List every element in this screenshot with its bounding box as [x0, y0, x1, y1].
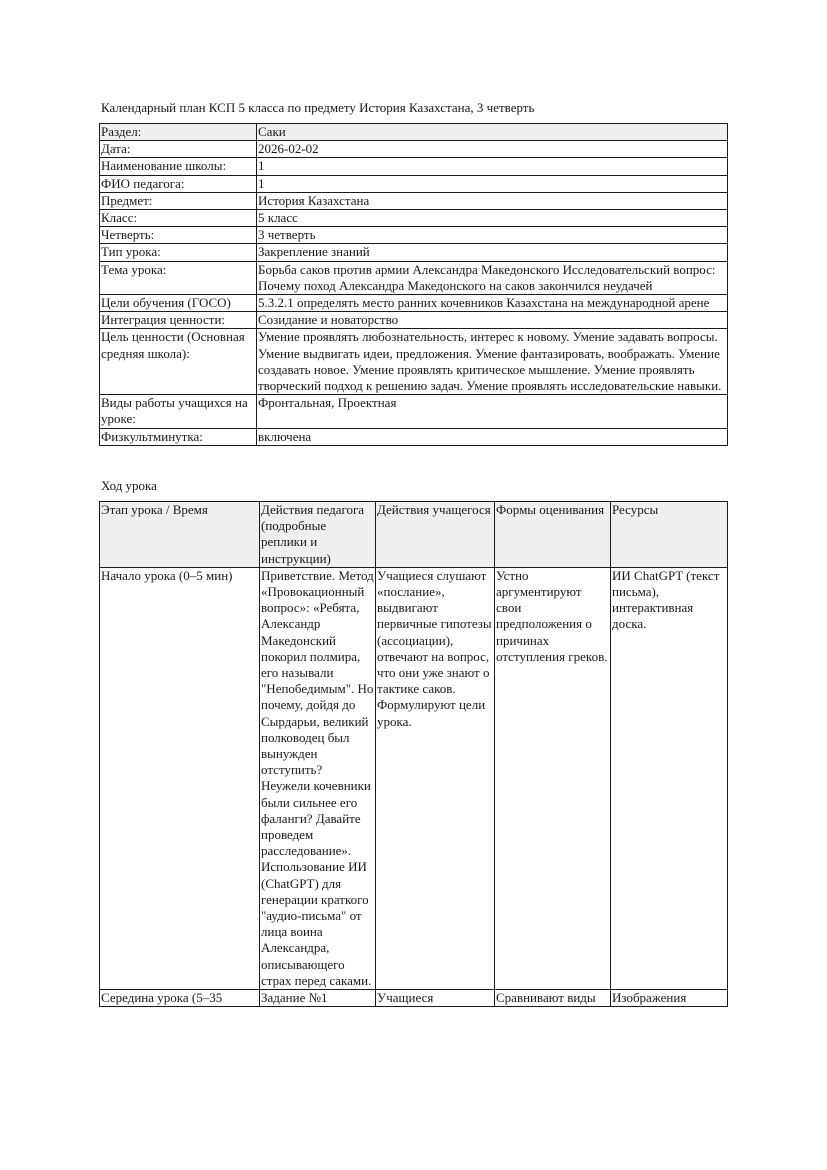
- info-label: Наименование школы:: [100, 158, 257, 175]
- teacher-actions-cell: Задание №1: [260, 990, 376, 1007]
- info-value: Закрепление знаний: [257, 244, 728, 261]
- student-actions-cell: Учащиеся слушают «послание», выдвигают п…: [376, 567, 495, 989]
- info-row-value-goal: Цель ценности (Основная средняя школа): …: [100, 329, 728, 395]
- info-row-class: Класс: 5 класс: [100, 210, 728, 227]
- info-label: ФИО педагога:: [100, 175, 257, 192]
- info-value: Борьба саков против армии Александра Мак…: [257, 261, 728, 294]
- lesson-progress-table: Этап урока / Время Действия педагога (по…: [99, 501, 728, 1007]
- lesson-table-header: Этап урока / Время Действия педагога (по…: [100, 502, 728, 568]
- resources-cell: Изображения: [611, 990, 728, 1007]
- info-label: Предмет:: [100, 192, 257, 209]
- info-row-learning-goals: Цели обучения (ГОСО) 5.3.2.1 определять …: [100, 295, 728, 312]
- info-value: Фронтальная, Проектная: [257, 395, 728, 428]
- info-row-subject: Предмет: История Казахстана: [100, 192, 728, 209]
- info-row-school: Наименование школы: 1: [100, 158, 728, 175]
- info-row-topic: Тема урока: Борьба саков против армии Ал…: [100, 261, 728, 294]
- info-label: Физкультминутка:: [100, 428, 257, 445]
- info-row-quarter: Четверть: 3 четверть: [100, 227, 728, 244]
- info-row-physical-break: Физкультминутка: включена: [100, 428, 728, 445]
- table-row: Середина урока (5–35 Задание №1 Учащиеся…: [100, 990, 728, 1007]
- info-label: Интеграция ценности:: [100, 312, 257, 329]
- info-row-value-integration: Интеграция ценности: Созидание и новатор…: [100, 312, 728, 329]
- info-value: 3 четверть: [257, 227, 728, 244]
- info-label: Цели обучения (ГОСО): [100, 295, 257, 312]
- stage-cell: Начало урока (0–5 мин): [100, 567, 260, 989]
- info-label: Цель ценности (Основная средняя школа):: [100, 329, 257, 395]
- info-value: История Казахстана: [257, 192, 728, 209]
- info-value: Созидание и новаторство: [257, 312, 728, 329]
- header-stage: Этап урока / Время: [100, 502, 260, 568]
- info-row-date: Дата: 2026-02-02: [100, 141, 728, 158]
- info-value: Саки: [257, 124, 728, 141]
- lesson-progress-heading: Ход урока: [101, 478, 157, 494]
- document-title: Календарный план КСП 5 класса по предмет…: [101, 100, 534, 116]
- info-row-teacher: ФИО педагога: 1: [100, 175, 728, 192]
- info-row-work-types: Виды работы учащихся на уроке: Фронтальн…: [100, 395, 728, 428]
- assessment-cell: Сравнивают виды: [495, 990, 611, 1007]
- student-actions-cell: Учащиеся: [376, 990, 495, 1007]
- info-value: 2026-02-02: [257, 141, 728, 158]
- info-label: Раздел:: [100, 124, 257, 141]
- info-row-lesson-type: Тип урока: Закрепление знаний: [100, 244, 728, 261]
- info-value: включена: [257, 428, 728, 445]
- info-value: 1: [257, 175, 728, 192]
- info-value: 5.3.2.1 определять место ранних кочевник…: [257, 295, 728, 312]
- stage-cell: Середина урока (5–35: [100, 990, 260, 1007]
- resources-cell: ИИ ChatGPT (текст письма), интерактивная…: [611, 567, 728, 989]
- lesson-info-table: Раздел: Саки Дата: 2026-02-02 Наименован…: [99, 123, 728, 446]
- info-label: Тип урока:: [100, 244, 257, 261]
- info-label: Тема урока:: [100, 261, 257, 294]
- table-row: Начало урока (0–5 мин) Приветствие. Мето…: [100, 567, 728, 989]
- info-label: Виды работы учащихся на уроке:: [100, 395, 257, 428]
- teacher-actions-cell: Приветствие. Метод «Провокационный вопро…: [260, 567, 376, 989]
- info-value: 1: [257, 158, 728, 175]
- assessment-cell: Устно аргументируют свои предположения о…: [495, 567, 611, 989]
- header-resources: Ресурсы: [611, 502, 728, 568]
- info-row-section: Раздел: Саки: [100, 124, 728, 141]
- info-value: Умение проявлять любознательность, интер…: [257, 329, 728, 395]
- info-value: 5 класс: [257, 210, 728, 227]
- header-student-actions: Действия учащегося: [376, 502, 495, 568]
- info-label: Четверть:: [100, 227, 257, 244]
- header-assessment: Формы оценивания: [495, 502, 611, 568]
- info-label: Класс:: [100, 210, 257, 227]
- header-teacher-actions: Действия педагога (подробные реплики и и…: [260, 502, 376, 568]
- info-label: Дата:: [100, 141, 257, 158]
